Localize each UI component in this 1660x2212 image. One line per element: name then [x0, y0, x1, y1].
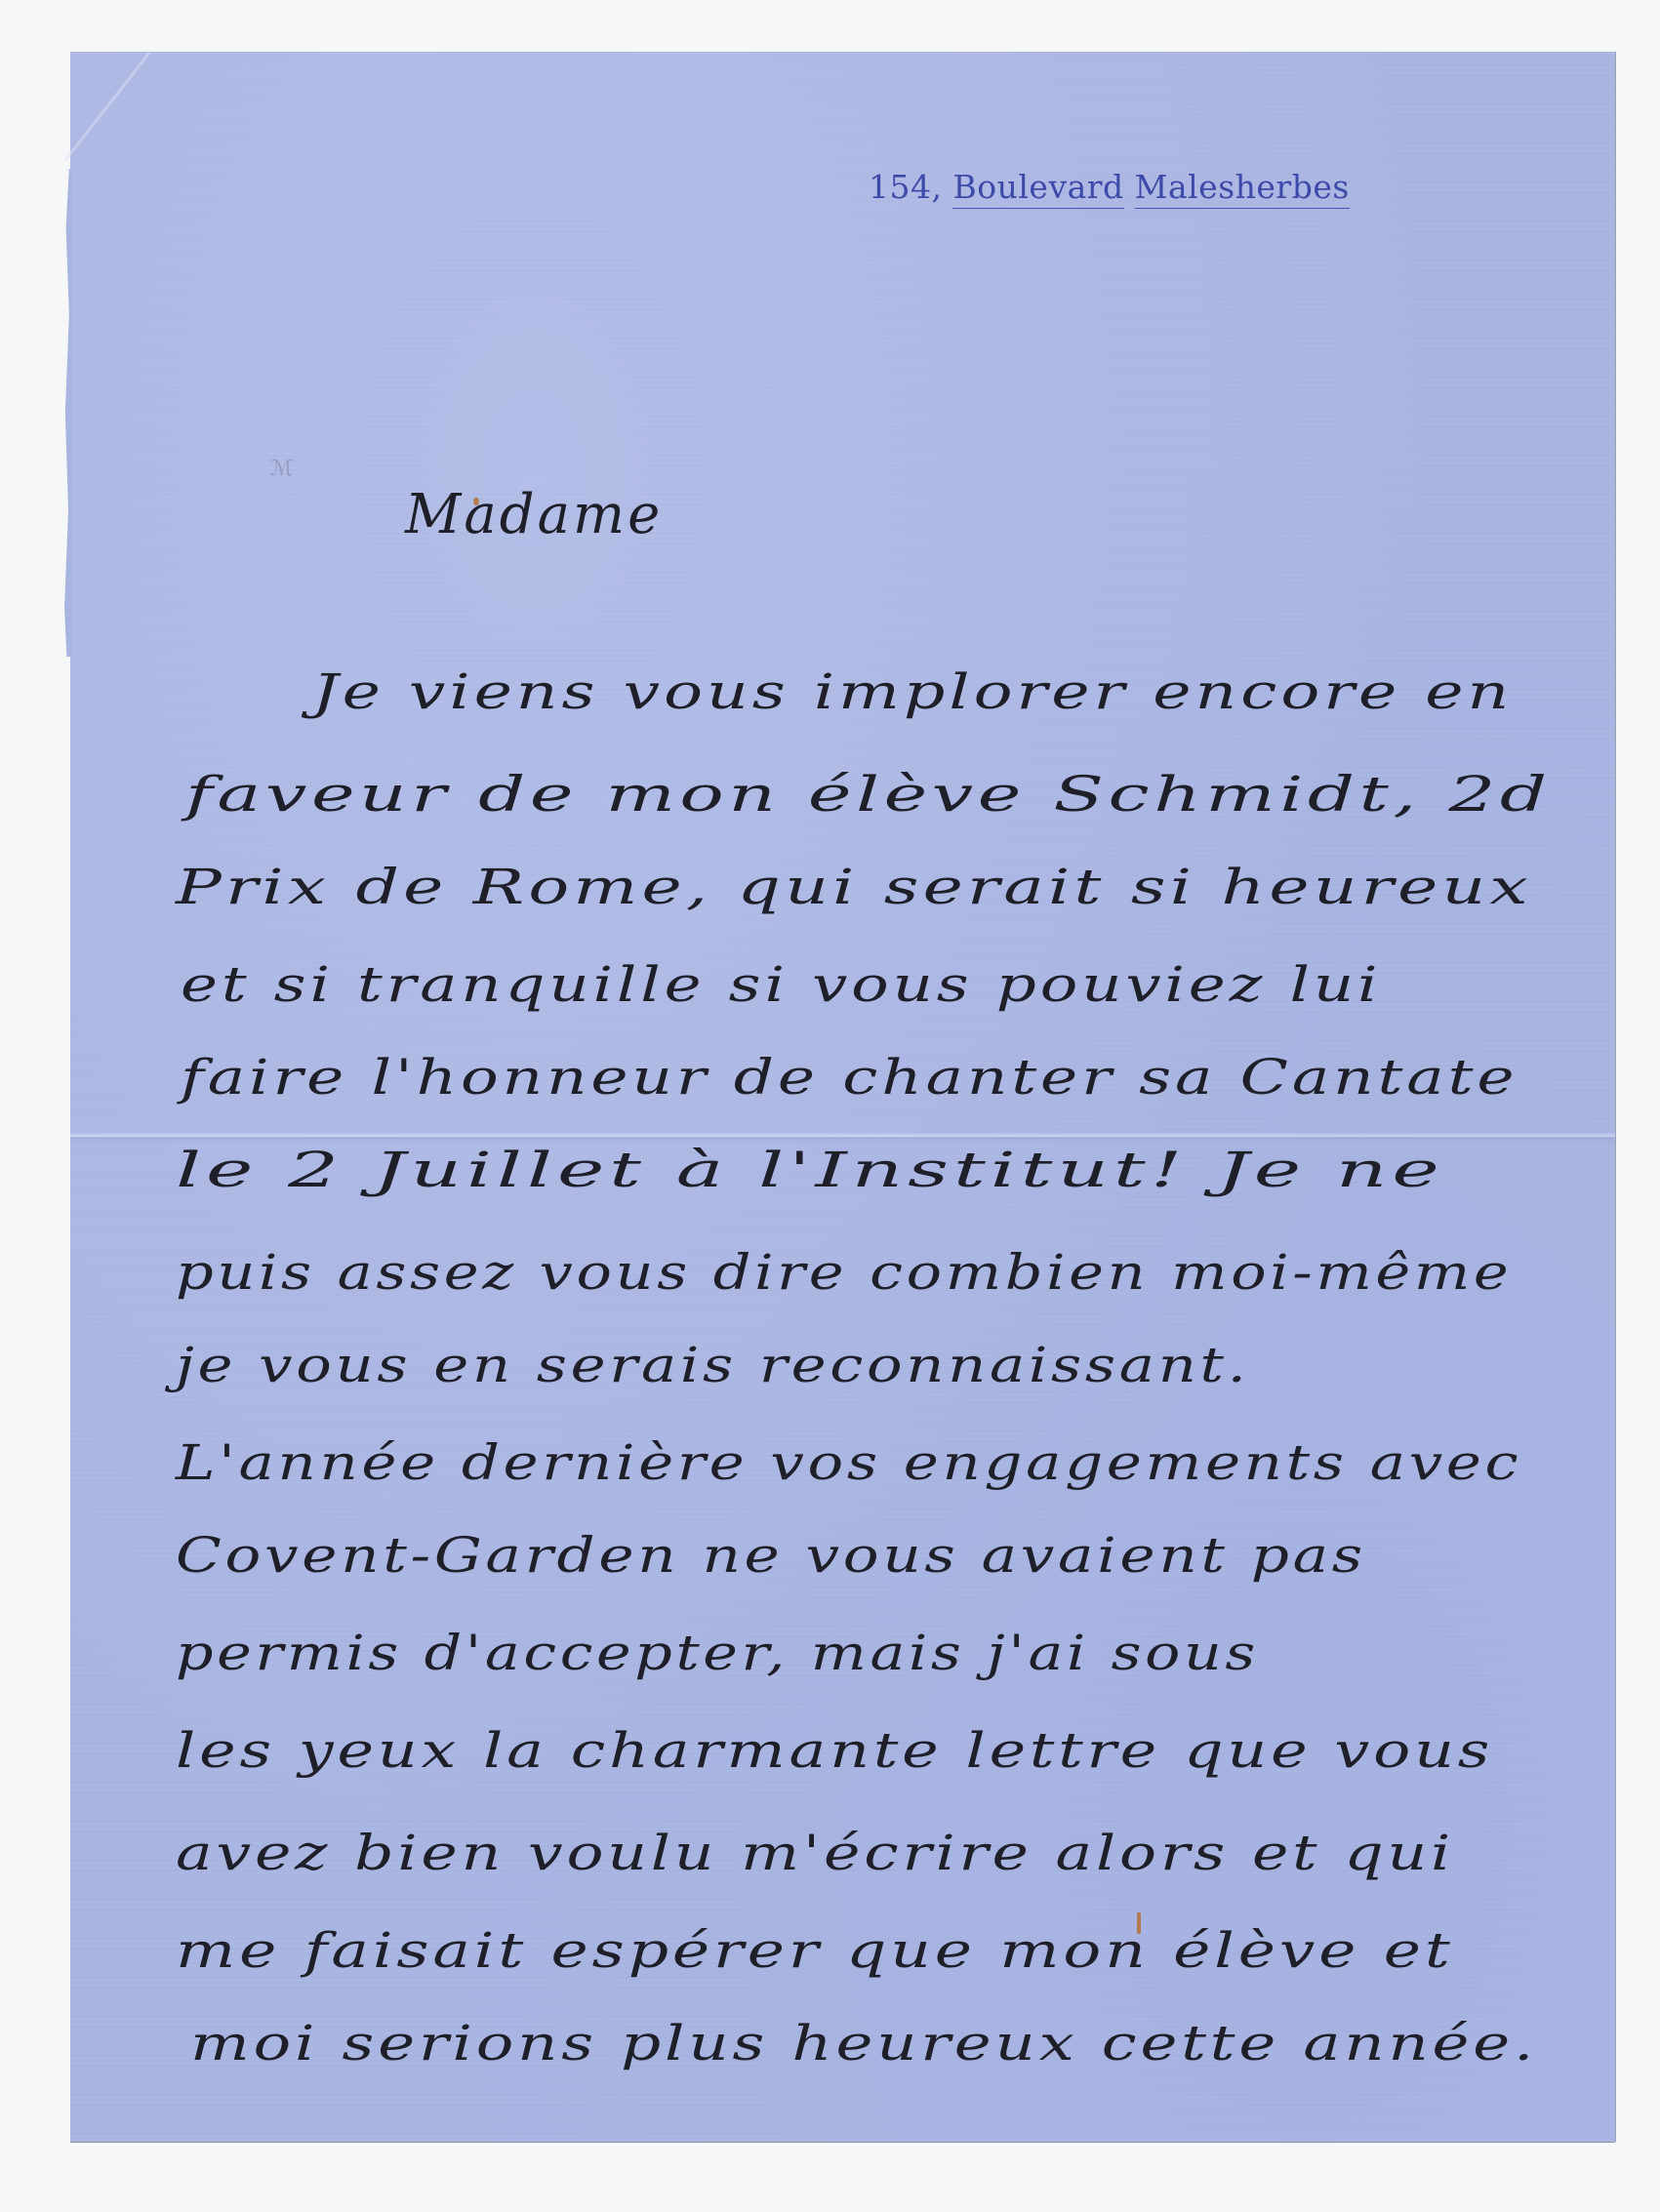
letter-line-7: puis assez vous dire combien moi-même [176, 1244, 1512, 1301]
letterhead-address: 154, Boulevard Malesherbes [869, 168, 1474, 209]
letterhead-street-malesherbes: Malesherbes [1135, 168, 1350, 209]
letter-line-14: me faisait espérer que mon élève et [176, 1922, 1454, 1979]
letter-line-3: Prix de Rome, qui serait si heureux [176, 859, 1532, 915]
faint-pencil-mark: ℳ [270, 457, 329, 486]
letterhead-street-boulevard: Boulevard [952, 168, 1123, 209]
letter-line-13: avez bien voulu m'écrire alors et qui [176, 1825, 1454, 1881]
letter-line-5: faire l'honneur de chanter sa Cantate [181, 1049, 1518, 1106]
letter-line-10: Covent-Garden ne vous avaient pas [176, 1527, 1366, 1584]
letter-line-6: le 2 Juillet à l'Institut! Je ne [176, 1142, 1444, 1198]
letter-line-1: Je viens vous implorer encore en [312, 664, 1513, 720]
corner-crease [64, 52, 151, 161]
letter-line-9: L'année dernière vos engagements avec [176, 1434, 1521, 1491]
salutation: Madame [405, 483, 663, 546]
letter-line-4: et si tranquille si vous pouviez lui [181, 956, 1381, 1013]
letter-line-11: permis d'accepter, mais j'ai sous [176, 1625, 1259, 1681]
letter-line-15: moi serions plus heureux cette année. [190, 2015, 1537, 2071]
letter-line-2: faveur de mon élève Schmidt, 2d [185, 766, 1552, 823]
letterhead-number: 154, [869, 168, 942, 206]
letter-line-8: je vous en serais reconnaissant. [176, 1337, 1250, 1393]
letter-line-12: les yeux la charmante lettre que vous [176, 1722, 1493, 1779]
ink-stain [473, 498, 479, 505]
fold-line [70, 1132, 1615, 1142]
